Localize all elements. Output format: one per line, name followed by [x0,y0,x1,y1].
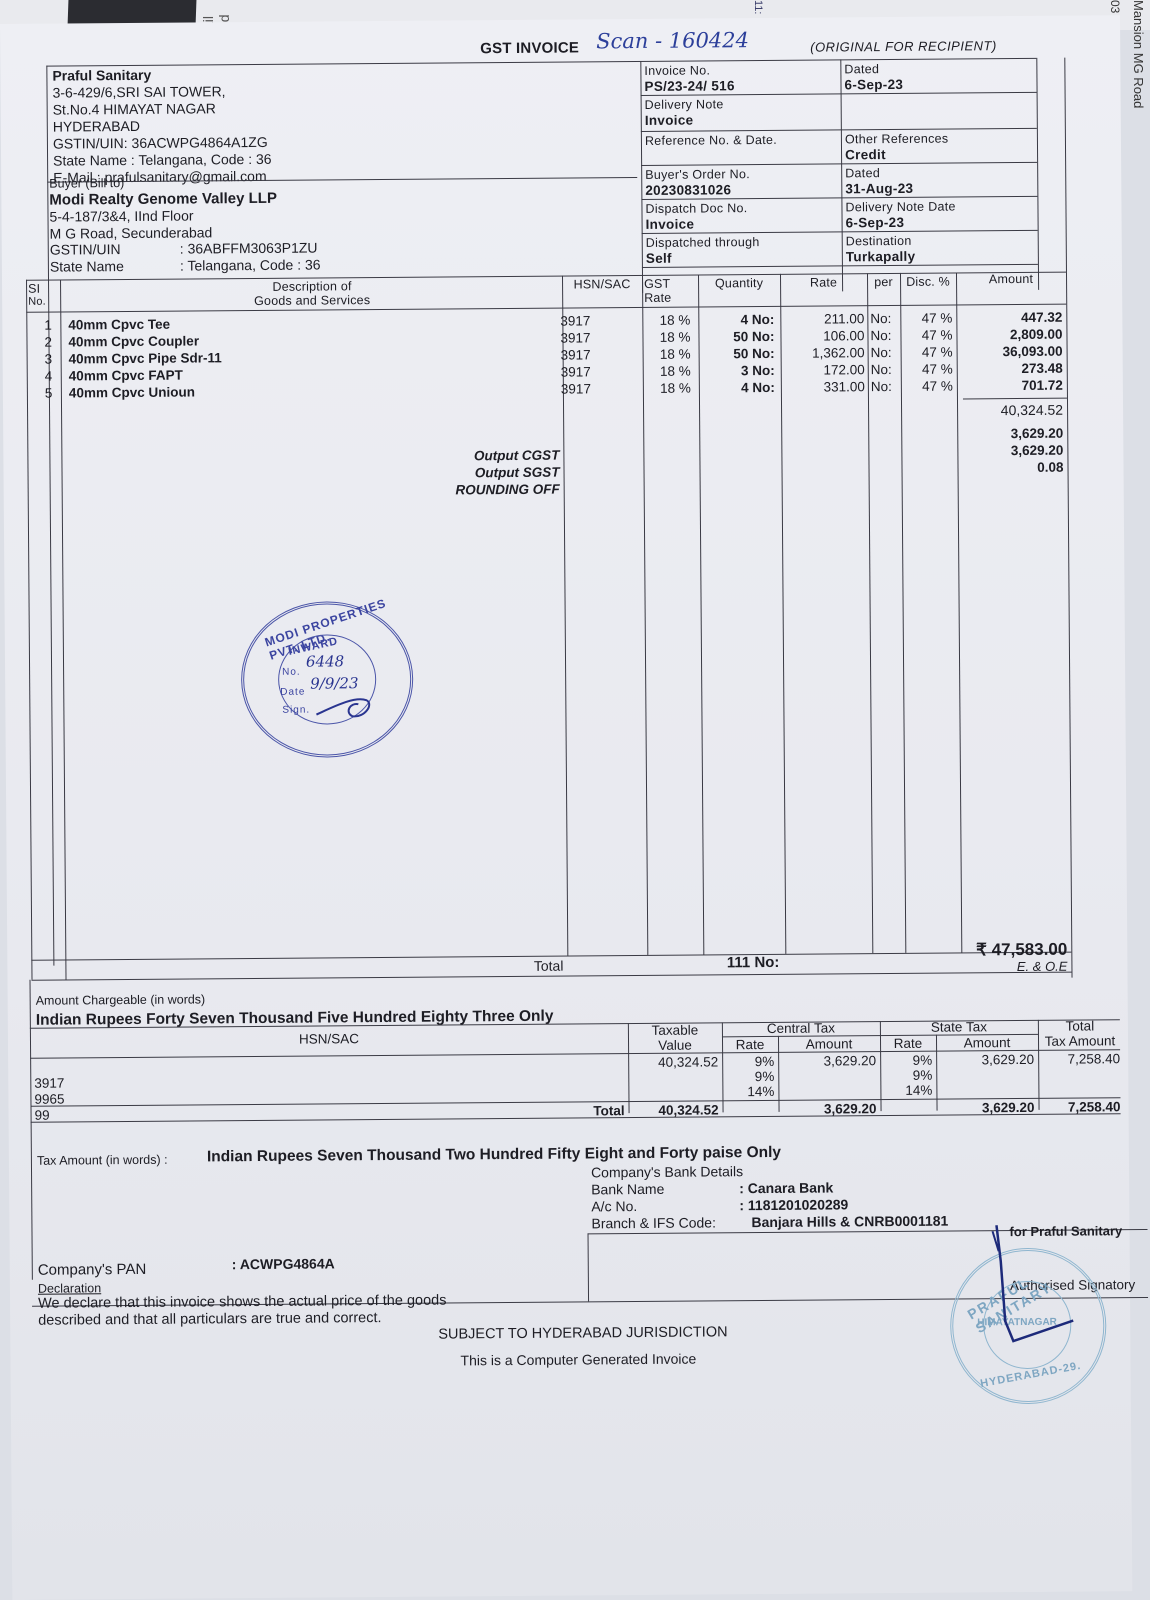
subtotal-line [963,398,1067,400]
meta-reference: Reference No. & Date. [645,132,777,149]
item-quantity: 50 No: [698,329,774,345]
header-sl: SINo. [28,282,58,308]
summary-header-taxable: TaxableValue [628,1022,722,1053]
item-description: 40mm Cpvc Pipe Sdr-11 [69,348,549,367]
tax-line-rounding-amount: 0.08 [957,460,1063,476]
item-per: No: [870,311,900,326]
stamp-no-value: 6448 [306,652,344,670]
bank-branch-value: Banjara Hills & CNRB0001181 [751,1213,948,1231]
summary-central-rate-3: 14% [722,1084,774,1099]
item-amount: 36,093.00 [957,344,1063,360]
seller-gstin: GSTIN/UIN: 36ACWPG4864A1ZG [53,134,272,153]
meta-row-line [641,162,1037,166]
seller-address-3: HYDERABAD [53,117,272,136]
summary-header-hsn: HSN/SAC [30,1029,628,1049]
frame-right [1064,58,1072,978]
header-quantity: Quantity [698,276,780,291]
item-hsn: 3917 [560,313,630,329]
received-stamp: MODI PROPERTIES PVT. LTD. INWARD No. 644… [241,601,414,758]
pan-value: : ACWPG4864A [232,1255,335,1272]
header-disc: Disc. % [900,274,956,288]
summary-hsn-1: 3917 [34,1076,64,1091]
handwritten-scan-note: Scan - 160424 [596,28,749,53]
item-sl: 1 [44,318,58,333]
background-side-text: Mansion MG Road [1131,0,1146,108]
meta-dispatched-through: Dispatched throughSelf [646,234,760,267]
bank-branch-label: Branch & IFS Code: [591,1214,716,1231]
item-hsn: 3917 [561,347,631,363]
buyer-block: Buyer (Bill to) Modi Realty Genome Valle… [49,173,320,274]
item-gst-rate: 18 % [643,381,691,396]
item-rate: 211.00 [780,311,864,327]
item-rate: 106.00 [780,328,864,344]
summary-state-rate-3: 14% [880,1083,932,1098]
bank-ac-value: : 1181201020289 [739,1196,848,1213]
bank-title: Company's Bank Details [591,1163,743,1180]
item-per: No: [871,379,901,394]
col-sl-border [60,280,66,980]
item-quantity: 4 No: [699,380,775,396]
signature-scribble-icon [314,692,374,722]
item-amount: 447.32 [956,310,1062,326]
summary-left-border [30,980,33,1280]
header-amount: Amount [956,272,1066,287]
header-gst-rate: GSTRate [644,277,684,305]
item-gst-rate: 18 % [642,330,690,345]
summary-hsn-2: 9965 [34,1092,64,1107]
item-description: 40mm Cpvc Coupler [68,331,548,350]
item-sl: 5 [45,386,59,401]
item-gst-rate: 18 % [642,313,690,328]
summary-state-rate-1: 9% [880,1053,932,1068]
copy-label: (ORIGINAL FOR RECIPIENT) [810,38,997,54]
signature-scribble-icon [982,1221,1083,1362]
bank-name-label: Bank Name [591,1181,664,1198]
item-sl: 4 [45,369,59,384]
eoe-label: E. & O.E [961,959,1067,975]
summary-header-central-rate: Rate [722,1037,778,1052]
summary-total-total: 7,258.40 [1038,1099,1120,1115]
item-discount: 47 % [900,311,952,326]
item-discount: 47 % [901,362,953,377]
summary-header-state-rate: Rate [880,1036,936,1051]
seller-stamp: PRAFUL SANITARY HIMAYATNAGAR HYDERABAD-2… [950,1247,1107,1404]
item-discount: 47 % [901,379,953,394]
item-discount: 47 % [900,328,952,343]
item-amount: 273.48 [957,361,1063,377]
buyer-state-row: State Name: Telangana, Code : 36 [50,256,321,275]
bank-name-value: : Canara Bank [739,1179,833,1196]
item-hsn: 3917 [561,364,631,380]
summary-total-state: 3,629.20 [936,1100,1034,1116]
stamp-date-label: Date [280,687,305,698]
meta-destination: DestinationTurkapally [846,233,916,266]
tax-line-rounding-label: ROUNDING OFF [384,482,560,498]
item-sl: 2 [44,335,58,350]
item-discount: 47 % [901,345,953,360]
item-rate: 331.00 [781,379,865,395]
total-amount: ₹ 47,583.00 [961,940,1067,961]
invoice-paper: GST INVOICE Scan - 160424 (ORIGINAL FOR … [0,15,1132,1600]
summary-hsn-3: 99 [35,1108,50,1123]
items-left-border [26,280,32,980]
meta-delivery-note-date: Delivery Note Date6-Sep-23 [845,198,956,231]
meta-delivery-note: Delivery NoteInvoice [645,96,724,129]
item-hsn: 3917 [560,330,630,346]
seller-block: Praful Sanitary 3-6-429/6,SRI SAI TOWER,… [52,66,271,187]
item-amount: 2,809.00 [956,327,1062,343]
tax-line-cgst-amount: 3,629.20 [957,426,1063,442]
item-description: 40mm Cpvc Tee [68,314,548,333]
computer-generated-text: This is a Computer Generated Invoice [460,1351,696,1369]
background-side-text-2: 03 [1108,0,1122,13]
meta-buyers-order: Buyer's Order No.20230831026 [645,166,750,199]
seller-address-1: 3-6-429/6,SRI SAI TOWER, [52,83,271,102]
summary-central-rate-1: 9% [722,1054,774,1069]
amount-words-label: Amount Chargeable (in words) [36,992,206,1007]
meta-right-border [1036,58,1039,290]
item-sl: 3 [45,352,59,367]
item-hsn: 3917 [561,381,631,397]
tax-line-sgst-amount: 3,629.20 [957,443,1063,459]
summary-total-label: Total [528,1103,624,1119]
header-description: Description ofGoods and Services [62,278,562,310]
meta-invoice-no: Invoice No.PS/23-24/ 516 [644,62,734,95]
declaration-line-2: described and that all particulars are t… [38,1310,381,1329]
summary-state-amount: 3,629.20 [936,1052,1034,1068]
total-label: Total [407,958,563,975]
item-quantity: 3 No: [699,363,775,379]
summary-total-tax: 7,258.40 [1038,1051,1120,1067]
seller-name: Praful Sanitary [52,66,271,85]
summary-total-taxable: 40,324.52 [628,1102,718,1118]
summary-header-central: Central Tax [722,1020,880,1036]
header-per: per [867,275,900,289]
item-per: No: [871,362,901,377]
summary-header-total: TotalTax Amount [1038,1018,1122,1049]
subtotal-amount: 40,324.52 [957,402,1063,419]
item-rate: 172.00 [781,362,865,378]
stamp-date-value: 9/9/23 [310,674,358,692]
meta-dated: Dated6-Sep-23 [844,61,903,93]
declaration-label: Declaration [38,1281,101,1295]
summary-taxable-value: 40,324.52 [628,1054,718,1070]
item-gst-rate: 18 % [643,347,691,362]
seller-address-2: St.No.4 HIMAYAT NAGAR [53,100,272,119]
pan-label: Company's PAN [38,1261,147,1279]
tax-words-label: Tax Amount (in words) : [37,1153,168,1168]
summary-state-rate-2: 9% [880,1068,932,1083]
item-rate: 1,362.00 [781,345,865,361]
summary-header-state-amount: Amount [936,1035,1038,1051]
jurisdiction-text: SUBJECT TO HYDERABAD JURISDICTION [438,1324,727,1342]
item-per: No: [870,328,900,343]
buyer-gstin: : 36ABFFM3063P1ZU [180,240,318,258]
item-amount: 701.72 [957,378,1063,394]
invoice-title: GST INVOICE [480,39,579,57]
item-gst-rate: 18 % [643,364,691,379]
stamp-no-label: No. [282,667,301,678]
meta-order-dated: Dated31-Aug-23 [845,165,913,198]
summary-central-amount: 3,629.20 [778,1053,876,1069]
item-quantity: 4 No: [698,312,774,328]
summary-header-central-amount: Amount [778,1036,880,1052]
meta-dispatch-doc: Dispatch Doc No.Invoice [645,200,747,233]
summary-header-state: State Tax [880,1019,1038,1035]
signature-box-left [588,1233,590,1301]
tax-line-sgst-label: Output SGST [383,465,559,481]
seller-state: State Name : Telangana, Code : 36 [53,151,272,170]
buyer-state: : Telangana, Code : 36 [180,256,321,274]
declaration-line-1: We declare that this invoice shows the a… [38,1293,447,1312]
item-quantity: 50 No: [699,346,775,362]
header-hsn: HSN/SAC [562,277,642,292]
stamp-sign-label: Sign. [282,705,310,716]
summary-total-central: 3,629.20 [778,1101,876,1117]
tax-line-cgst-label: Output CGST [383,448,559,464]
meta-other-references: Other ReferencesCredit [845,131,949,164]
total-quantity: 111 No: [707,954,779,972]
header-rate: Rate [780,275,867,290]
item-description: 40mm Cpvc Unioun [69,382,549,401]
summary-central-rate-2: 9% [722,1069,774,1084]
item-per: No: [871,345,901,360]
bank-ac-label: A/c No. [591,1198,637,1214]
item-description: 40mm Cpvc FAPT [69,365,549,384]
